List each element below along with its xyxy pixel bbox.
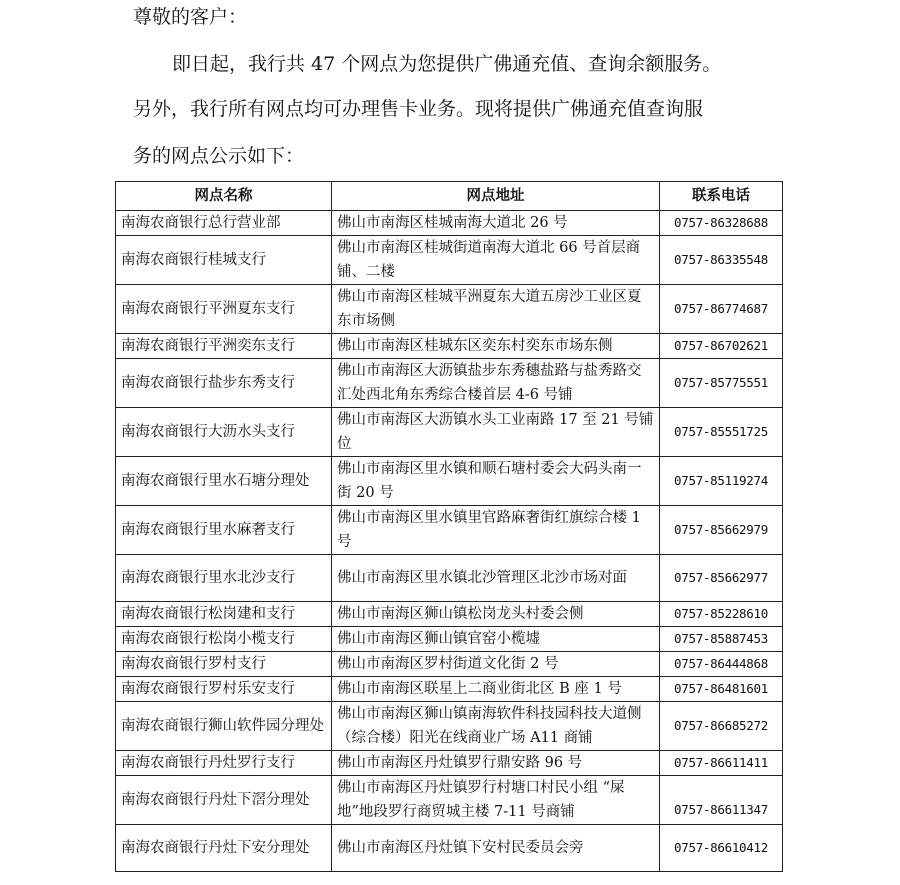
paragraph-line-2: 另外，我行所有网点均可办理售卡业务。现将提供广佛通充值查询服 — [133, 98, 703, 120]
outlet-phone: 0757-86611347 — [660, 776, 783, 825]
outlet-phone: 0757-85228610 — [660, 602, 783, 627]
outlet-phone: 0757-85887453 — [660, 627, 783, 652]
outlet-address: 佛山市南海区联星上二商业街北区 B 座 1 号 — [332, 677, 660, 702]
outlet-name: 南海农商银行松岗建和支行 — [116, 602, 332, 627]
outlet-address: 佛山市南海区罗村街道文化街 2 号 — [332, 652, 660, 677]
outlet-name: 南海农商银行丹灶罗行支行 — [116, 751, 332, 776]
outlet-name: 南海农商银行总行营业部 — [116, 211, 332, 236]
outlet-address: 佛山市南海区大沥镇水头工业南路 17 至 21 号铺位 — [332, 408, 660, 457]
outlet-phone: 0757-86335548 — [660, 236, 783, 285]
outlet-name: 南海农商银行松岗小榄支行 — [116, 627, 332, 652]
table-row: 南海农商银行盐步东秀支行 佛山市南海区大沥镇盐步东秀穗盐路与盐秀路交汇处西北角东… — [116, 359, 783, 408]
header-outlet-address: 网点地址 — [332, 182, 660, 211]
outlet-name: 南海农商银行丹灶下安分理处 — [116, 825, 332, 872]
outlet-name: 南海农商银行盐步东秀支行 — [116, 359, 332, 408]
outlet-phone: 0757-86685272 — [660, 702, 783, 751]
outlets-table: 网点名称 网点地址 联系电话 南海农商银行总行营业部 佛山市南海区桂城南海大道北… — [115, 181, 783, 872]
table-row: 南海农商银行丹灶下安分理处 佛山市南海区丹灶镇下安村民委员会旁 0757-866… — [116, 825, 783, 872]
outlet-address: 佛山市南海区里水镇和顺石塘村委会大码头南一街 20 号 — [332, 457, 660, 506]
outlet-name: 南海农商银行里水北沙支行 — [116, 555, 332, 602]
outlet-name: 南海农商银行罗村乐安支行 — [116, 677, 332, 702]
table-header-row: 网点名称 网点地址 联系电话 — [116, 182, 783, 211]
outlet-address: 佛山市南海区桂城南海大道北 26 号 — [332, 211, 660, 236]
greeting: 尊敬的客户： — [133, 6, 247, 28]
outlet-phone: 0757-85775551 — [660, 359, 783, 408]
table-row: 南海农商银行大沥水头支行 佛山市南海区大沥镇水头工业南路 17 至 21 号铺位… — [116, 408, 783, 457]
table-row: 南海农商银行狮山软件园分理处 佛山市南海区狮山镇南海软件科技园科技大道侧（综合楼… — [116, 702, 783, 751]
outlet-phone: 0757-85119274 — [660, 457, 783, 506]
outlet-phone: 0757-86328688 — [660, 211, 783, 236]
outlet-address: 佛山市南海区丹灶镇罗行鼎安路 96 号 — [332, 751, 660, 776]
table-row: 南海农商银行里水麻奢支行 佛山市南海区里水镇里官路麻奢街红旗综合楼 1 号 07… — [116, 506, 783, 555]
outlet-name: 南海农商银行里水石塘分理处 — [116, 457, 332, 506]
outlet-name: 南海农商银行大沥水头支行 — [116, 408, 332, 457]
outlet-name: 南海农商银行狮山软件园分理处 — [116, 702, 332, 751]
outlet-phone: 0757-86444868 — [660, 652, 783, 677]
outlet-phone: 0757-86702621 — [660, 334, 783, 359]
outlet-address: 佛山市南海区桂城街道南海大道北 66 号首层商铺、二楼 — [332, 236, 660, 285]
outlet-address: 佛山市南海区桂城东区奕东村奕东市场东侧 — [332, 334, 660, 359]
header-contact-phone: 联系电话 — [660, 182, 783, 211]
outlet-phone: 0757-85662979 — [660, 506, 783, 555]
outlet-phone: 0757-86481601 — [660, 677, 783, 702]
table-row: 南海农商银行里水石塘分理处 佛山市南海区里水镇和顺石塘村委会大码头南一街 20 … — [116, 457, 783, 506]
outlet-name: 南海农商银行桂城支行 — [116, 236, 332, 285]
header-outlet-name: 网点名称 — [116, 182, 332, 211]
table-row: 南海农商银行桂城支行 佛山市南海区桂城街道南海大道北 66 号首层商铺、二楼 0… — [116, 236, 783, 285]
table-row: 南海农商银行松岗小榄支行 佛山市南海区狮山镇官窑小榄墟 0757-8588745… — [116, 627, 783, 652]
outlet-name: 南海农商银行丹灶下滘分理处 — [116, 776, 332, 825]
outlet-phone: 0757-86774687 — [660, 285, 783, 334]
outlet-name: 南海农商银行罗村支行 — [116, 652, 332, 677]
table-row: 南海农商银行罗村乐安支行 佛山市南海区联星上二商业街北区 B 座 1 号 075… — [116, 677, 783, 702]
table-row: 南海农商银行里水北沙支行 佛山市南海区里水镇北沙管理区北沙市场对面 0757-8… — [116, 555, 783, 602]
table-row: 南海农商银行丹灶下滘分理处 佛山市南海区丹灶镇罗行村塘口村民小组 “屎地”地段罗… — [116, 776, 783, 825]
outlet-phone: 0757-85551725 — [660, 408, 783, 457]
table-row: 南海农商银行丹灶罗行支行 佛山市南海区丹灶镇罗行鼎安路 96 号 0757-86… — [116, 751, 783, 776]
outlet-phone: 0757-86610412 — [660, 825, 783, 872]
outlet-address: 佛山市南海区狮山镇官窑小榄墟 — [332, 627, 660, 652]
outlet-name: 南海农商银行里水麻奢支行 — [116, 506, 332, 555]
paragraph-line-1: 即日起，我行共 47 个网点为您提供广佛通充值、查询余额服务。 — [172, 53, 721, 75]
outlet-address: 佛山市南海区桂城平洲夏东大道五房沙工业区夏东市场侧 — [332, 285, 660, 334]
table-row: 南海农商银行总行营业部 佛山市南海区桂城南海大道北 26 号 0757-8632… — [116, 211, 783, 236]
outlet-address: 佛山市南海区狮山镇松岗龙头村委会侧 — [332, 602, 660, 627]
outlet-address: 佛山市南海区狮山镇南海软件科技园科技大道侧（综合楼）阳光在线商业广场 A11 商… — [332, 702, 660, 751]
paragraph-line-3: 务的网点公示如下： — [133, 145, 304, 167]
outlet-phone: 0757-86611411 — [660, 751, 783, 776]
table-row: 南海农商银行罗村支行 佛山市南海区罗村街道文化街 2 号 0757-864448… — [116, 652, 783, 677]
table-row: 南海农商银行平洲夏东支行 佛山市南海区桂城平洲夏东大道五房沙工业区夏东市场侧 0… — [116, 285, 783, 334]
outlet-phone: 0757-85662977 — [660, 555, 783, 602]
outlet-name: 南海农商银行平洲奕东支行 — [116, 334, 332, 359]
table-row: 南海农商银行松岗建和支行 佛山市南海区狮山镇松岗龙头村委会侧 0757-8522… — [116, 602, 783, 627]
outlet-address: 佛山市南海区大沥镇盐步东秀穗盐路与盐秀路交汇处西北角东秀综合楼首层 4-6 号铺 — [332, 359, 660, 408]
outlet-address: 佛山市南海区里水镇里官路麻奢街红旗综合楼 1 号 — [332, 506, 660, 555]
outlet-name: 南海农商银行平洲夏东支行 — [116, 285, 332, 334]
table-row: 南海农商银行平洲奕东支行 佛山市南海区桂城东区奕东村奕东市场东侧 0757-86… — [116, 334, 783, 359]
outlet-address: 佛山市南海区里水镇北沙管理区北沙市场对面 — [332, 555, 660, 602]
outlet-address: 佛山市南海区丹灶镇罗行村塘口村民小组 “屎地”地段罗行商贸城主楼 7-11 号商… — [332, 776, 660, 825]
outlet-address: 佛山市南海区丹灶镇下安村民委员会旁 — [332, 825, 660, 872]
